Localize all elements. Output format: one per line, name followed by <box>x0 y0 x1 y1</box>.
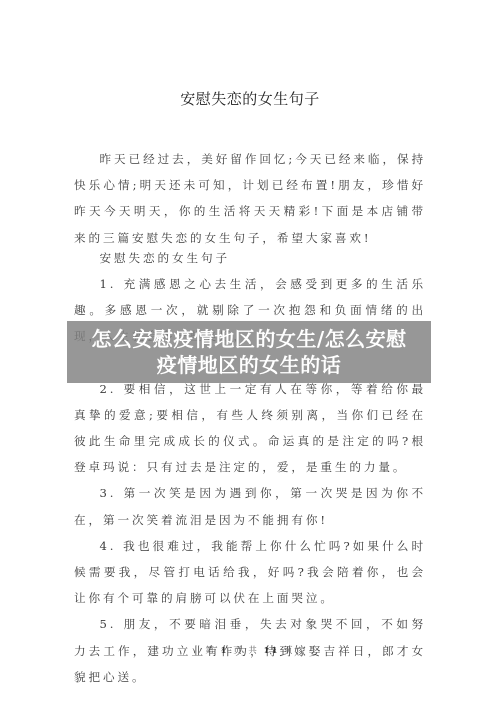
page-footer: 第 1 页 共 11 页 <box>0 644 500 656</box>
document-page: 安慰失恋的女生句子 昨天已经过去，美好留作回忆;今天已经来临，保持快乐心情;明天… <box>0 0 500 706</box>
title-overlay-banner: 怎么安慰疫情地区的女生/怎么安慰 疫情地区的女生的话 <box>67 321 431 383</box>
current-page-number: 1 <box>221 646 229 656</box>
intro-paragraph: 昨天已经过去，美好留作回忆;今天已经来临，保持快乐心情;明天还未可知，计划已经布… <box>74 146 426 251</box>
list-item: 4. 我也很难过，我能帮上你什么忙吗?如果什么时候需要我，尽管打电话给我，好吗?… <box>74 533 426 612</box>
document-body: 昨天已经过去，美好留作回忆;今天已经来临，保持快乐心情;明天还未可知，计划已经布… <box>74 146 426 690</box>
footer-suffix: 页 <box>284 646 295 656</box>
list-item: 3. 第一次笑是因为遇到你，第一次哭是因为你不在，第一次笑着流泪是因为不能拥有你… <box>74 480 426 532</box>
banner-title-line-2: 疫情地区的女生的话 <box>157 352 342 378</box>
total-pages-number: 11 <box>264 646 280 656</box>
footer-middle: 页 共 <box>233 646 259 656</box>
document-title: 安慰失恋的女生句子 <box>0 88 500 109</box>
banner-title-line-1: 怎么安慰疫情地区的女生/怎么安慰 <box>91 326 406 352</box>
footer-prefix: 第 <box>205 646 216 656</box>
list-item: 2. 要相信，这世上一定有人在等你，等着给你最真挚的爱意;要相信，有些人终须别离… <box>74 376 426 481</box>
